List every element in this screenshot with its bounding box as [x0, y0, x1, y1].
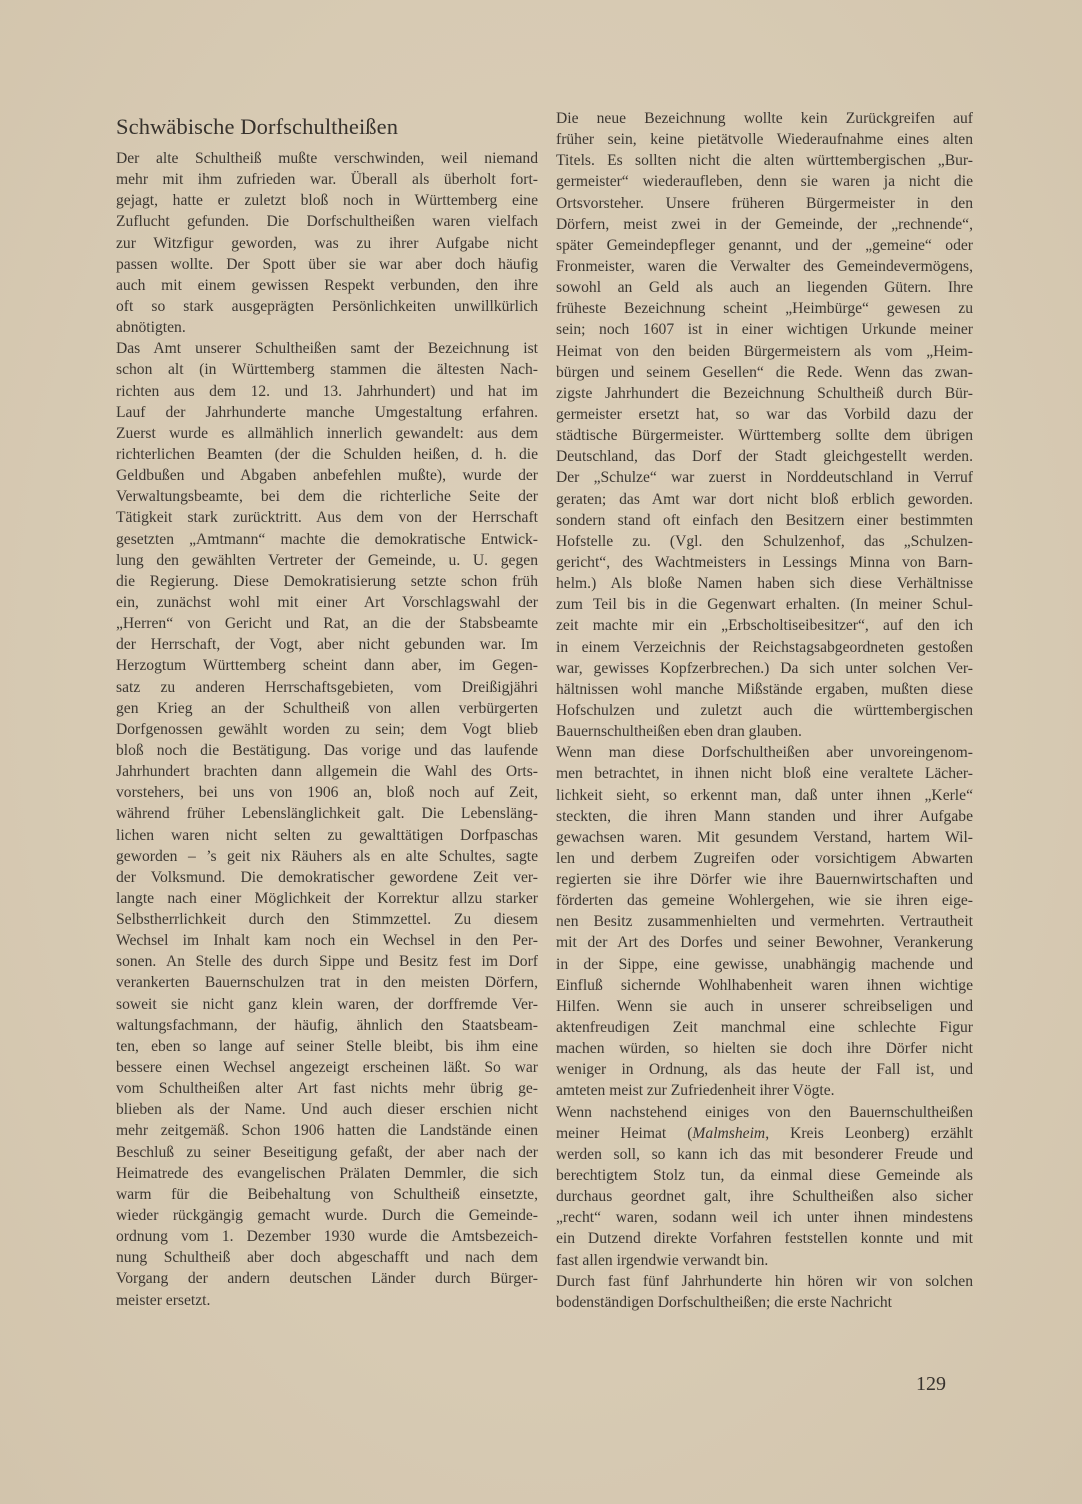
- text-line: Deutschland, das Dorf der Stadt gleichge…: [556, 446, 973, 467]
- text-line: sonen. An Stelle des durch Sippe und Bes…: [116, 951, 538, 972]
- text-line: helm.) Als bloße Namen haben sich diese …: [556, 573, 973, 594]
- text-line: Hofstelle zu. (Vgl. den Schulzenhof, das…: [556, 531, 973, 552]
- text-line: Vorgang der andern deutschen Länder durc…: [116, 1268, 538, 1289]
- text-line: mehr mit ihm zufrieden war. Überall als …: [116, 169, 538, 190]
- text-line: bodenständigen Dorfschultheißen; die ers…: [556, 1292, 973, 1313]
- text-line: der Herrschaft, der Vogt, aber nicht geb…: [116, 634, 538, 655]
- text-line: Ortsvorsteher. Unsere früheren Bürgermei…: [556, 193, 973, 214]
- text-line: förderten das gemeine Wohlergehen, wie s…: [556, 890, 973, 911]
- text-line: „Herren“ von Gericht und Rat, an die der…: [116, 613, 538, 634]
- text-line: gewachsen waren. Mit gesundem Verstand, …: [556, 827, 973, 848]
- text-line: satz zu anderen Herrschaftsgebieten, vom…: [116, 677, 538, 698]
- text-line: Das Amt unserer Schultheißen samt der Be…: [116, 338, 538, 359]
- text-line: in einem Verzeichnis der Reichstagsabgeo…: [556, 637, 973, 658]
- text-line: Einfluß sichernde Wohlhabenheit waren ih…: [556, 975, 973, 996]
- text-line: germeister ersetzt hat, so war das Vorbi…: [556, 404, 973, 425]
- text-line: oft so stark ausgeprägten Persönlichkeit…: [116, 296, 538, 317]
- text-line: werden soll, so kann ich das mit besonde…: [556, 1144, 973, 1165]
- paragraph: Der alte Schultheiß mußte verschwinden, …: [116, 148, 538, 338]
- text-line: Durch fast fünf Jahrhunderte hin hören w…: [556, 1271, 973, 1292]
- paragraph: Wenn nachstehend einiges von den Bauerns…: [556, 1102, 973, 1271]
- right-column: Die neue Bezeichnung wollte kein Zurückg…: [556, 108, 973, 1313]
- text-line: gesetzten „Amtmann“ machte die demokrati…: [116, 529, 538, 550]
- text-line: sondern stand oft einfach den Besitzern …: [556, 510, 973, 531]
- text-line: die Regierung. Diese Demokratisierung se…: [116, 571, 538, 592]
- text-line: abnötigten.: [116, 317, 538, 338]
- text-line: geraten; das Amt war dort nicht bloß erb…: [556, 489, 973, 510]
- text-line: richten aus dem 12. und 13. Jahrhundert)…: [116, 381, 538, 402]
- text-line: zigste Jahrhundert die Bezeichnung Schul…: [556, 383, 973, 404]
- text-line: früheste Bezeichnung scheint „Heimbürge“…: [556, 298, 973, 319]
- text-line: aktenfreudigen Zeit manchmal eine schlec…: [556, 1017, 973, 1038]
- text-line: men betrachtet, in ihnen nicht bloß eine…: [556, 763, 973, 784]
- text-line: Wenn man diese Dorfschultheißen aber unv…: [556, 742, 973, 763]
- text-line: len und derbem Zugreifen oder vorsichtig…: [556, 848, 973, 869]
- text-line: hältnissen wohl manche Mißstände ergaben…: [556, 679, 973, 700]
- text-line: regierten sie ihre Dörfer wie ihre Bauer…: [556, 869, 973, 890]
- text-line: schon alt (in Württemberg stammen die äl…: [116, 359, 538, 380]
- text-line: gericht“, des Wachtmeisters in Lessings …: [556, 552, 973, 573]
- text-line: vorstehers, bei uns von 1906 an, bloß no…: [116, 782, 538, 803]
- text-line: weniger in Ordnung, als das heute der Fa…: [556, 1059, 973, 1080]
- text-line: Dorfgenossen gewählt worden zu sein; dem…: [116, 719, 538, 740]
- text-line: meister ersetzt.: [116, 1290, 538, 1311]
- text-line: germeister“ wiederaufleben, denn sie war…: [556, 171, 973, 192]
- text-line: Zuerst wurde es allmählich innerlich gew…: [116, 423, 538, 444]
- text-line: passen wollte. Der Spott über sie war ab…: [116, 254, 538, 275]
- paragraph: Die neue Bezeichnung wollte kein Zurückg…: [556, 108, 973, 742]
- text-line: ein, zunächst wohl mit einer Art Vorschl…: [116, 592, 538, 613]
- text-line: lung den gewählten Vertreter der Gemeind…: [116, 550, 538, 571]
- text-line: ein Dutzend direkte Vorfahren feststelle…: [556, 1228, 973, 1249]
- text-line: Jahrhundert brachten dann allgemein die …: [116, 761, 538, 782]
- text-line: bloß noch die Bestätigung. Das vorige un…: [116, 740, 538, 761]
- text-line: wieder rückgängig gemacht wurde. Durch d…: [116, 1205, 538, 1226]
- text-line: Bauernschultheißen eben dran glauben.: [556, 721, 973, 742]
- text-line: Lauf der Jahrhunderte manche Umgestaltun…: [116, 402, 538, 423]
- article-title: Schwäbische Dorfschultheißen: [116, 112, 538, 142]
- text-line: ordnung vom 1. Dezember 1930 wurde die A…: [116, 1226, 538, 1247]
- text-line: steckten, die ihren Mann standen und ihr…: [556, 806, 973, 827]
- text-line: bürgen und seinem Gesellen“ die Rede. We…: [556, 362, 973, 383]
- text-line: meiner Heimat (Malmsheim, Kreis Leonberg…: [556, 1123, 973, 1144]
- paragraph: Das Amt unserer Schultheißen samt der Be…: [116, 338, 538, 1310]
- text-line: machen würden, so hielten sie doch ihre …: [556, 1038, 973, 1059]
- text-line: Tätigkeit stark zurücktritt. Aus dem von…: [116, 507, 538, 528]
- text-line: geworden – ’s geit nix Räuhers als en al…: [116, 846, 538, 867]
- text-line: mit der Art des Dorfes und seiner Bewohn…: [556, 932, 973, 953]
- text-line: Dörfern, meist zwei in der Gemeinde, der…: [556, 214, 973, 235]
- text-line: Zuflucht gefunden. Die Dorfschultheißen …: [116, 211, 538, 232]
- text-line: Der alte Schultheiß mußte verschwinden, …: [116, 148, 538, 169]
- left-column: Schwäbische Dorfschultheißen Der alte Sc…: [116, 112, 538, 1311]
- text-line: vom Schultheißen alter Art fast nichts m…: [116, 1078, 538, 1099]
- text-line: zum Teil bis in die Gegenwart erhalten. …: [556, 594, 973, 615]
- text-line: Wenn nachstehend einiges von den Bauerns…: [556, 1102, 973, 1123]
- text-line: lichen waren nicht selten zu gewalttätig…: [116, 825, 538, 846]
- text-line: ten, eben so lange auf seiner Stelle ble…: [116, 1036, 538, 1057]
- text-line: blieben als der Name. Und auch dieser er…: [116, 1099, 538, 1120]
- text-line: langte nach einer Möglichkeit der Korrek…: [116, 888, 538, 909]
- text-line: sowohl an Geld als auch an liegenden Güt…: [556, 277, 973, 298]
- paragraph: Wenn man diese Dorfschultheißen aber unv…: [556, 742, 973, 1101]
- text-line: Fronmeister, waren die Verwalter des Gem…: [556, 256, 973, 277]
- text-line: verankerten Bauernschulzen trat in den m…: [116, 972, 538, 993]
- text-line: war, gewisses Kopfzerbrechen.) Da sich u…: [556, 658, 973, 679]
- text-line: der Volksmund. Die demokratischer geword…: [116, 867, 538, 888]
- text-line: Hofschulzen und zuletzt auch die württem…: [556, 700, 973, 721]
- text-line: Wechsel im Inhalt kam noch ein Wechsel i…: [116, 930, 538, 951]
- text-line: gejagt, hatte er zuletzt bloß noch in Wü…: [116, 190, 538, 211]
- text-line: „recht“ waren, sodann weil ich unter ihn…: [556, 1207, 973, 1228]
- text-line: sein; noch 1607 ist in einer wichtigen U…: [556, 319, 973, 340]
- text-line: berechtigtem Stolz tun, da einmal diese …: [556, 1165, 973, 1186]
- text-line: nung Schultheiß aber doch abgeschafft un…: [116, 1247, 538, 1268]
- text-line: waltungsfachmann, der häufig, ähnlich de…: [116, 1015, 538, 1036]
- book-page: Schwäbische Dorfschultheißen Der alte Sc…: [0, 0, 1082, 1504]
- text-line: mehr zeitgemäß. Schon 1906 hatten die La…: [116, 1120, 538, 1141]
- page-number: 129: [916, 1373, 946, 1396]
- text-line: Herzogtum Württemberg scheint dann aber,…: [116, 655, 538, 676]
- text-line: zeit machte mir ein „Erbscholtiseibesitz…: [556, 615, 973, 636]
- text-line: später Gemeindepfleger genannt, und der …: [556, 235, 973, 256]
- text-line: früher sein, keine pietätvolle Wiederauf…: [556, 129, 973, 150]
- text-line: während früher Lebenslänglichkeit galt. …: [116, 803, 538, 824]
- text-line: lichkeit sieht, so erkennt man, daß unte…: [556, 785, 973, 806]
- text-line: in der Sippe, eine gewisse, unabhängig m…: [556, 954, 973, 975]
- text-line: Geldbußen und Abgaben anbefehlen mußte),…: [116, 465, 538, 486]
- text-line: Der „Schulze“ war zuerst in Norddeutschl…: [556, 467, 973, 488]
- text-line: gen Krieg an der Schultheiß von allen ve…: [116, 698, 538, 719]
- text-line: Verwaltungsbeamte, bei dem die richterli…: [116, 486, 538, 507]
- text-line: auch mit einem gewissen Respekt verbunde…: [116, 275, 538, 296]
- text-line: nen Besitz zusammenhielten und vermehrte…: [556, 911, 973, 932]
- text-line: städtische Bürgermeister. Württemberg so…: [556, 425, 973, 446]
- text-line: Beschluß zu seiner Beseitigung gefaßt, d…: [116, 1142, 538, 1163]
- text-line: durchaus geordnet galt, ihre Schultheiße…: [556, 1186, 973, 1207]
- text-line: warm für die Beibehaltung von Schultheiß…: [116, 1184, 538, 1205]
- text-line: Heimatrede des evangelischen Prälaten De…: [116, 1163, 538, 1184]
- text-line: Heimat von den beiden Bürgermeistern als…: [556, 341, 973, 362]
- text-line: fast allen irgendwie verwandt bin.: [556, 1250, 973, 1271]
- text-line: soweit sie nicht ganz klein waren, der d…: [116, 994, 538, 1015]
- text-line: Titels. Es sollten nicht die alten württ…: [556, 150, 973, 171]
- text-line: Die neue Bezeichnung wollte kein Zurückg…: [556, 108, 973, 129]
- text-line: Hilfen. Wenn sie auch in unserer schreib…: [556, 996, 973, 1017]
- paragraph: Durch fast fünf Jahrhunderte hin hören w…: [556, 1271, 973, 1313]
- text-line: Selbstherrlichkeit durch den Stimmzettel…: [116, 909, 538, 930]
- text-line: zur Witzfigur geworden, was zu ihrer Auf…: [116, 233, 538, 254]
- text-line: amteten meist zur Zufriedenheit ihrer Vö…: [556, 1080, 973, 1101]
- text-line: bessere einen Wechsel angezeigt erschein…: [116, 1057, 538, 1078]
- text-line: richterlichen Beamten (der die Schulden …: [116, 444, 538, 465]
